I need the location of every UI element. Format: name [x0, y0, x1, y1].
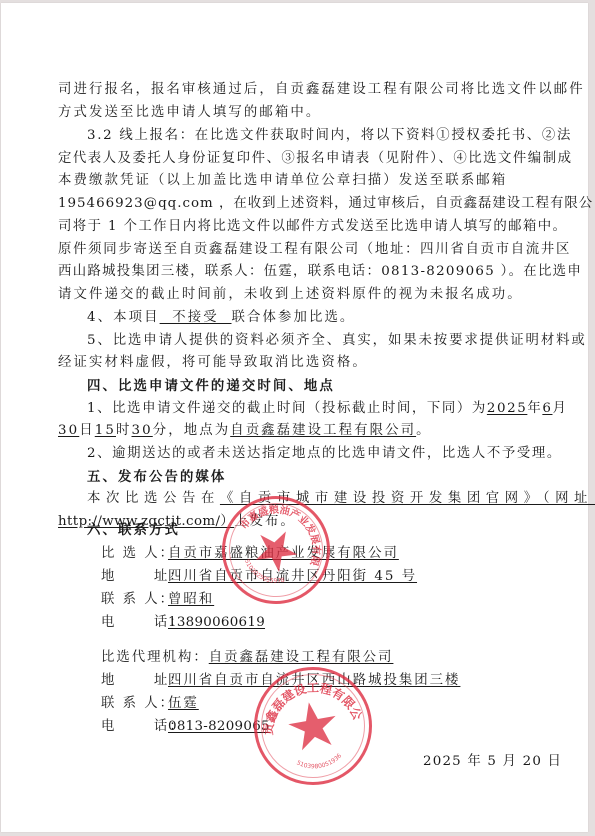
seal-star-icon: 自贡鑫磊建设工程有限公司 5103980051936 — [248, 661, 378, 791]
month-unit: 月 — [552, 401, 567, 416]
label: 联 系 人： — [101, 696, 168, 712]
paragraph-line: 司将于 1 个工作日内将比选文件以邮件方式发送至比选申请人填写的邮箱中。 — [58, 219, 532, 235]
item-4: 4、本项目 不接受 联合体参加比选。 — [87, 310, 561, 326]
section-4-heading: 四、比选申请文件的递交时间、地点 — [87, 378, 561, 394]
paragraph-line: 本费缴款凭证（以上加盖比选申请单位公章扫描）发送至联系邮箱 — [58, 173, 532, 189]
label: 比 选 人： — [101, 546, 168, 562]
document-date: 2025 年 5 月 20 日 — [423, 750, 562, 769]
media-line: 本次比选公告在《自贡市城市建设投资开发集团官网》（网址： — [87, 491, 561, 507]
paragraph-line: 方式发送至比选申请人填写的邮箱中。 — [58, 105, 532, 121]
label: 地 址： — [101, 569, 168, 585]
consortium-value: 不接受 — [160, 310, 232, 325]
deadline-minute: 30 — [132, 423, 153, 438]
deadline-text: 1、比选申请文件递交的截止时间（投标截止时间，下同）为 — [87, 401, 487, 416]
document-page: 司进行报名，报名审核通过后，自贡鑫磊建设工程有限公司将比选文件以邮件 方式发送至… — [1, 3, 588, 832]
period: 。 — [416, 423, 432, 438]
hour-unit: 时 — [116, 423, 132, 438]
item-4-prefix: 4、本项目 — [87, 310, 160, 325]
paragraph-line: 195466923@qq.com ，在收到上述资料，通过审核后，自贡鑫磊建设工程… — [58, 196, 532, 212]
item-4-suffix: 联合体参加比选。 — [232, 310, 356, 325]
deadline-day: 30 — [58, 423, 79, 438]
selector-phone: 13890060619 — [168, 615, 265, 630]
label: 地 址： — [101, 673, 168, 689]
company-seal-2: 自贡鑫磊建设工程有限公司 5103980051936 — [245, 658, 382, 795]
section-5-heading: 五、发布公告的媒体 — [87, 469, 561, 485]
label: 电 话： — [101, 719, 168, 735]
minute-unit: 分，地点为 — [153, 423, 230, 438]
day-unit: 日 — [79, 423, 95, 438]
paragraph-line: 5、比选申请人提供的资料必须齐全、真实，如果未按要求提供证明材料或 — [87, 333, 561, 349]
media-text: 本次比选公告在 — [87, 491, 220, 506]
deadline-month: 6 — [542, 401, 552, 416]
paragraph-line: 请文件递交的截止时间前，未收到上述资料原件的视为未报名成功。 — [58, 287, 532, 303]
paragraph-line: 经证实材料虚假，将可能导致取消比选资格。 — [58, 355, 532, 371]
paragraph-line: 司进行报名，报名审核通过后，自贡鑫磊建设工程有限公司将比选文件以邮件 — [58, 82, 532, 98]
label: 比选代理机构： — [101, 650, 209, 666]
agency-name: 自贡鑫磊建设工程有限公司 — [209, 650, 394, 665]
selector-contact: 曾昭和 — [168, 592, 214, 607]
selector-phone-row: 电 话：13890060619 — [101, 615, 265, 631]
deadline-hour: 15 — [95, 423, 116, 438]
paragraph-line: 西山路城投集团三楼，联系人：伍霆，联系电话：0813-8209065 ）。在比选… — [58, 264, 532, 280]
selector-contact-row: 联 系 人：曾昭和 — [101, 592, 214, 608]
svg-text:5103980051936: 5103980051936 — [294, 752, 344, 774]
agency-phone-row: 电 话：0813-8209065 — [101, 719, 270, 735]
paragraph-line: 定代表人及委托人身份证复印件、③报名申请表（见附件）、④比选文件编制成 — [58, 151, 532, 167]
deadline-line-2: 30日15时30分，地点为自贡鑫磊建设工程有限公司。 — [58, 423, 532, 439]
label: 联 系 人： — [101, 592, 168, 608]
deadline-line: 1、比选申请文件递交的截止时间（投标截止时间，下同）为2025年6月 — [87, 401, 561, 417]
label: 电 话： — [101, 615, 168, 631]
submission-location: 自贡鑫磊建设工程有限公司 — [230, 423, 416, 438]
paragraph-line: 原件须同步寄送至自贡鑫磊建设工程有限公司（地址：四川省自贡市自流井区 — [58, 242, 532, 258]
agency-contact-row: 联 系 人：伍霆 — [101, 696, 199, 712]
deadline-year: 2025 — [487, 401, 527, 416]
item-2: 2、逾期送达的或者未送达指定地点的比选申请文件，比选人不予受理。 — [87, 446, 561, 462]
agency-contact: 伍霆 — [168, 696, 199, 711]
paragraph-line: 3.2 线上报名：在比选文件获取时间内，将以下资料①授权委托书、②法 — [87, 128, 561, 144]
year-unit: 年 — [527, 401, 542, 416]
